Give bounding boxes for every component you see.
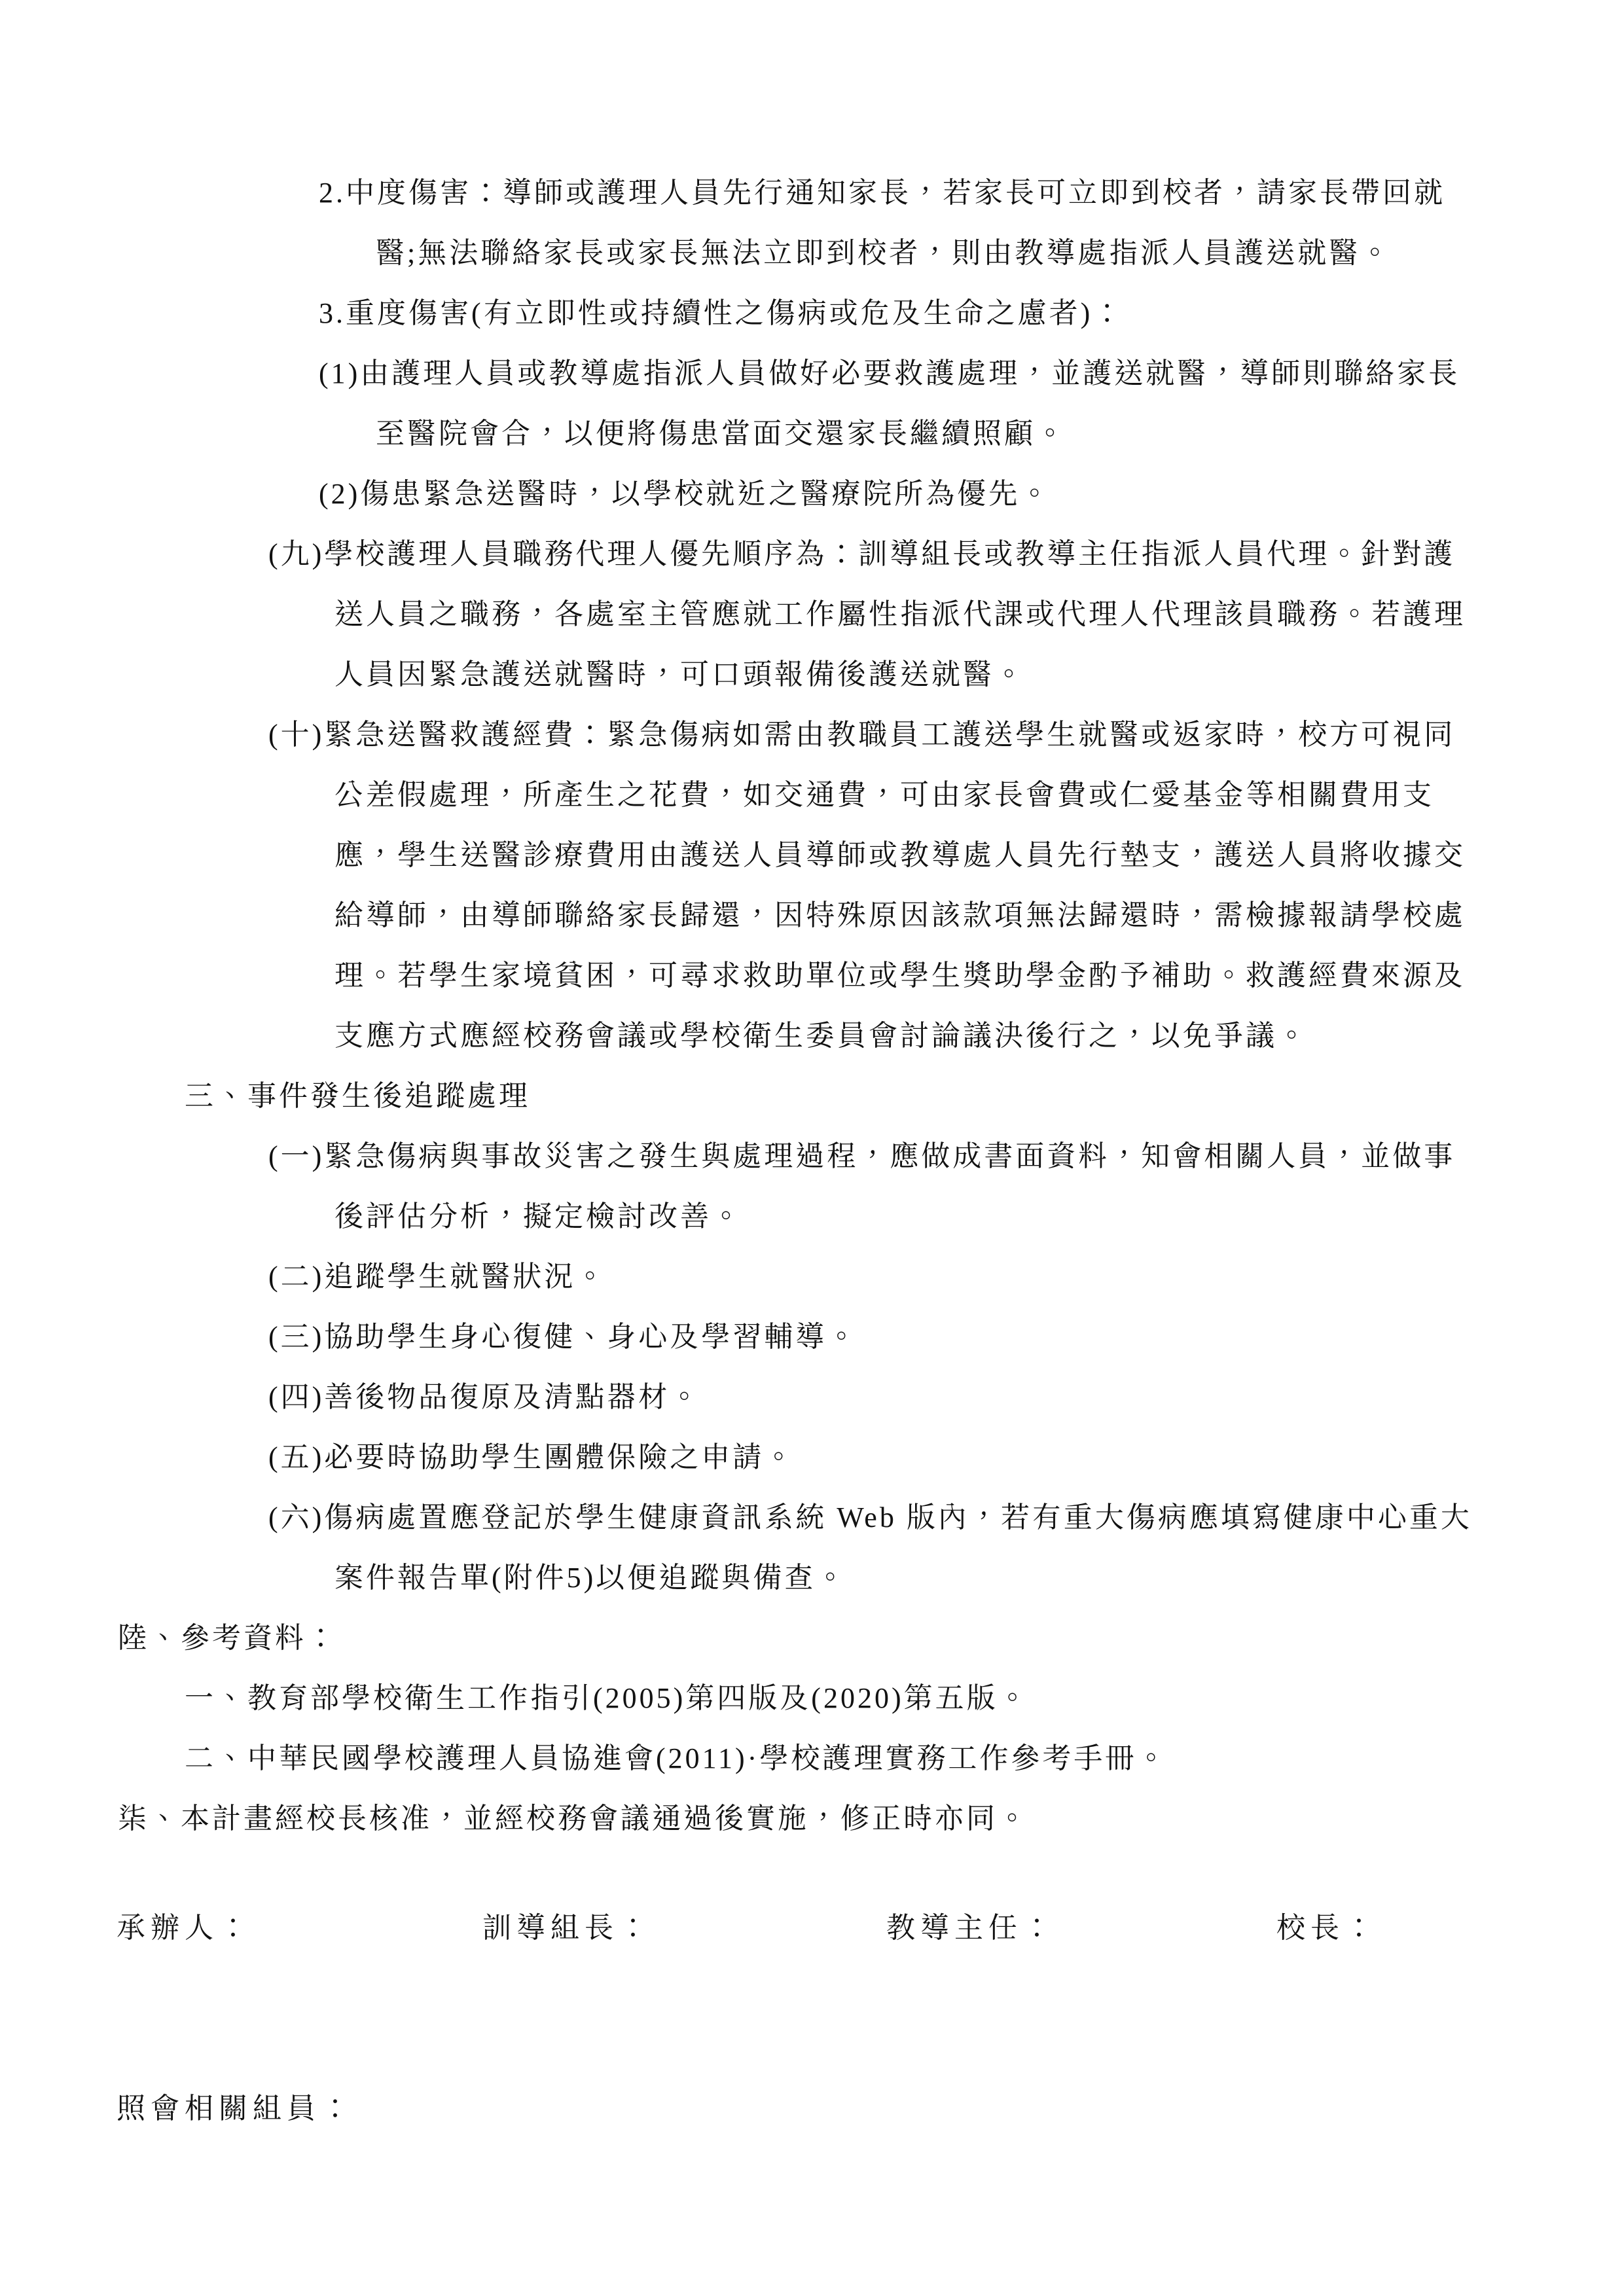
doc-line: (三)協助學生身心復健、身心及學習輔導。 [0,1307,1624,1367]
doc-line: 二、中華民國學校護理人員協進會(2011)·學校護理實務工作參考手冊。 [0,1729,1624,1789]
doc-line: (一)緊急傷病與事故災害之發生與處理過程，應做成書面資料，知會相關人員，並做事 [0,1126,1624,1187]
signature-label-discipline-section-chief: 訓導組長： [482,1898,653,1958]
vertical-spacer [0,1849,1624,1898]
doc-line: 應，學生送醫診療費用由護送人員導師或教導處人員先行墊支，護送人員將收據交 [0,825,1624,886]
doc-line: (五)必要時協助學生團體保險之申請。 [0,1427,1624,1488]
doc-line: (1)由護理人員或教導處指派人員做好必要救護處理，並護送就醫，導師則聯絡家長 [0,344,1624,404]
doc-line: 3.重度傷害(有立即性或持續性之傷病或危及生命之慮者)： [0,283,1624,344]
doc-line: 案件報告單(附件5)以便追蹤與備查。 [0,1548,1624,1608]
cc-related-staff-line: 照會相關組員： [0,2079,1624,2139]
doc-line: 公差假處理，所產生之花費，如交通費，可由家長會費或仁愛基金等相關費用支 [0,765,1624,825]
doc-line: (2)傷患緊急送醫時，以學校就近之醫療院所為優先。 [0,464,1624,524]
doc-line: (六)傷病處置應登記於學生健康資訊系統 Web 版內，若有重大傷病應填寫健康中心… [0,1488,1624,1548]
vertical-spacer [0,1958,1624,2079]
doc-line: 至醫院會合，以便將傷患當面交還家長繼續照顧。 [0,404,1624,464]
signature-row: 承辦人： 訓導組長： 教導主任： 校長： [0,1898,1624,1958]
document-body: 2.中度傷害：導師或護理人員先行通知家長，若家長可立即到校者，請家長帶回就 醫;… [0,163,1624,2139]
signature-label-academic-affairs-director: 教導主任： [886,1898,1056,1958]
signature-label-principal: 校長： [1276,1898,1379,1958]
doc-line: 支應方式應經校務會議或學校衛生委員會討論議決後行之，以免爭議。 [0,1006,1624,1066]
doc-line: (九)學校護理人員職務代理人優先順序為：訓導組長或教導主任指派人員代理。針對護 [0,524,1624,584]
doc-line: 送人員之職務，各處室主管應就工作屬性指派代課或代理人代理該員職務。若護理 [0,584,1624,645]
doc-line: 一、教育部學校衛生工作指引(2005)第四版及(2020)第五版。 [0,1668,1624,1729]
doc-section-heading: 陸、參考資料： [0,1608,1624,1668]
doc-line: (二)追蹤學生就醫狀況。 [0,1247,1624,1307]
signature-label-undertaker: 承辦人： [117,1898,253,1958]
doc-line: 理。若學生家境貧困，可尋求救助單位或學生獎助學金酌予補助。救護經費來源及 [0,946,1624,1006]
doc-line: 人員因緊急護送就醫時，可口頭報備後護送就醫。 [0,645,1624,705]
document-page: 2.中度傷害：導師或護理人員先行通知家長，若家長可立即到校者，請家長帶回就 醫;… [0,0,1624,2296]
doc-line: 後評估分析，擬定檢討改善。 [0,1187,1624,1247]
doc-section-heading: 三、事件發生後追蹤處理 [0,1066,1624,1126]
doc-line: 醫;無法聯絡家長或家長無法立即到校者，則由教導處指派人員護送就醫。 [0,223,1624,283]
doc-section-heading: 柒、本計畫經校長核准，並經校務會議通過後實施，修正時亦同。 [0,1789,1624,1849]
doc-line: (四)善後物品復原及清點器材。 [0,1367,1624,1427]
doc-line: 給導師，由導師聯絡家長歸還，因特殊原因該款項無法歸還時，需檢據報請學校處 [0,886,1624,946]
doc-line: 2.中度傷害：導師或護理人員先行通知家長，若家長可立即到校者，請家長帶回就 [0,163,1624,223]
doc-line: (十)緊急送醫救護經費：緊急傷病如需由教職員工護送學生就醫或返家時，校方可視同 [0,705,1624,765]
